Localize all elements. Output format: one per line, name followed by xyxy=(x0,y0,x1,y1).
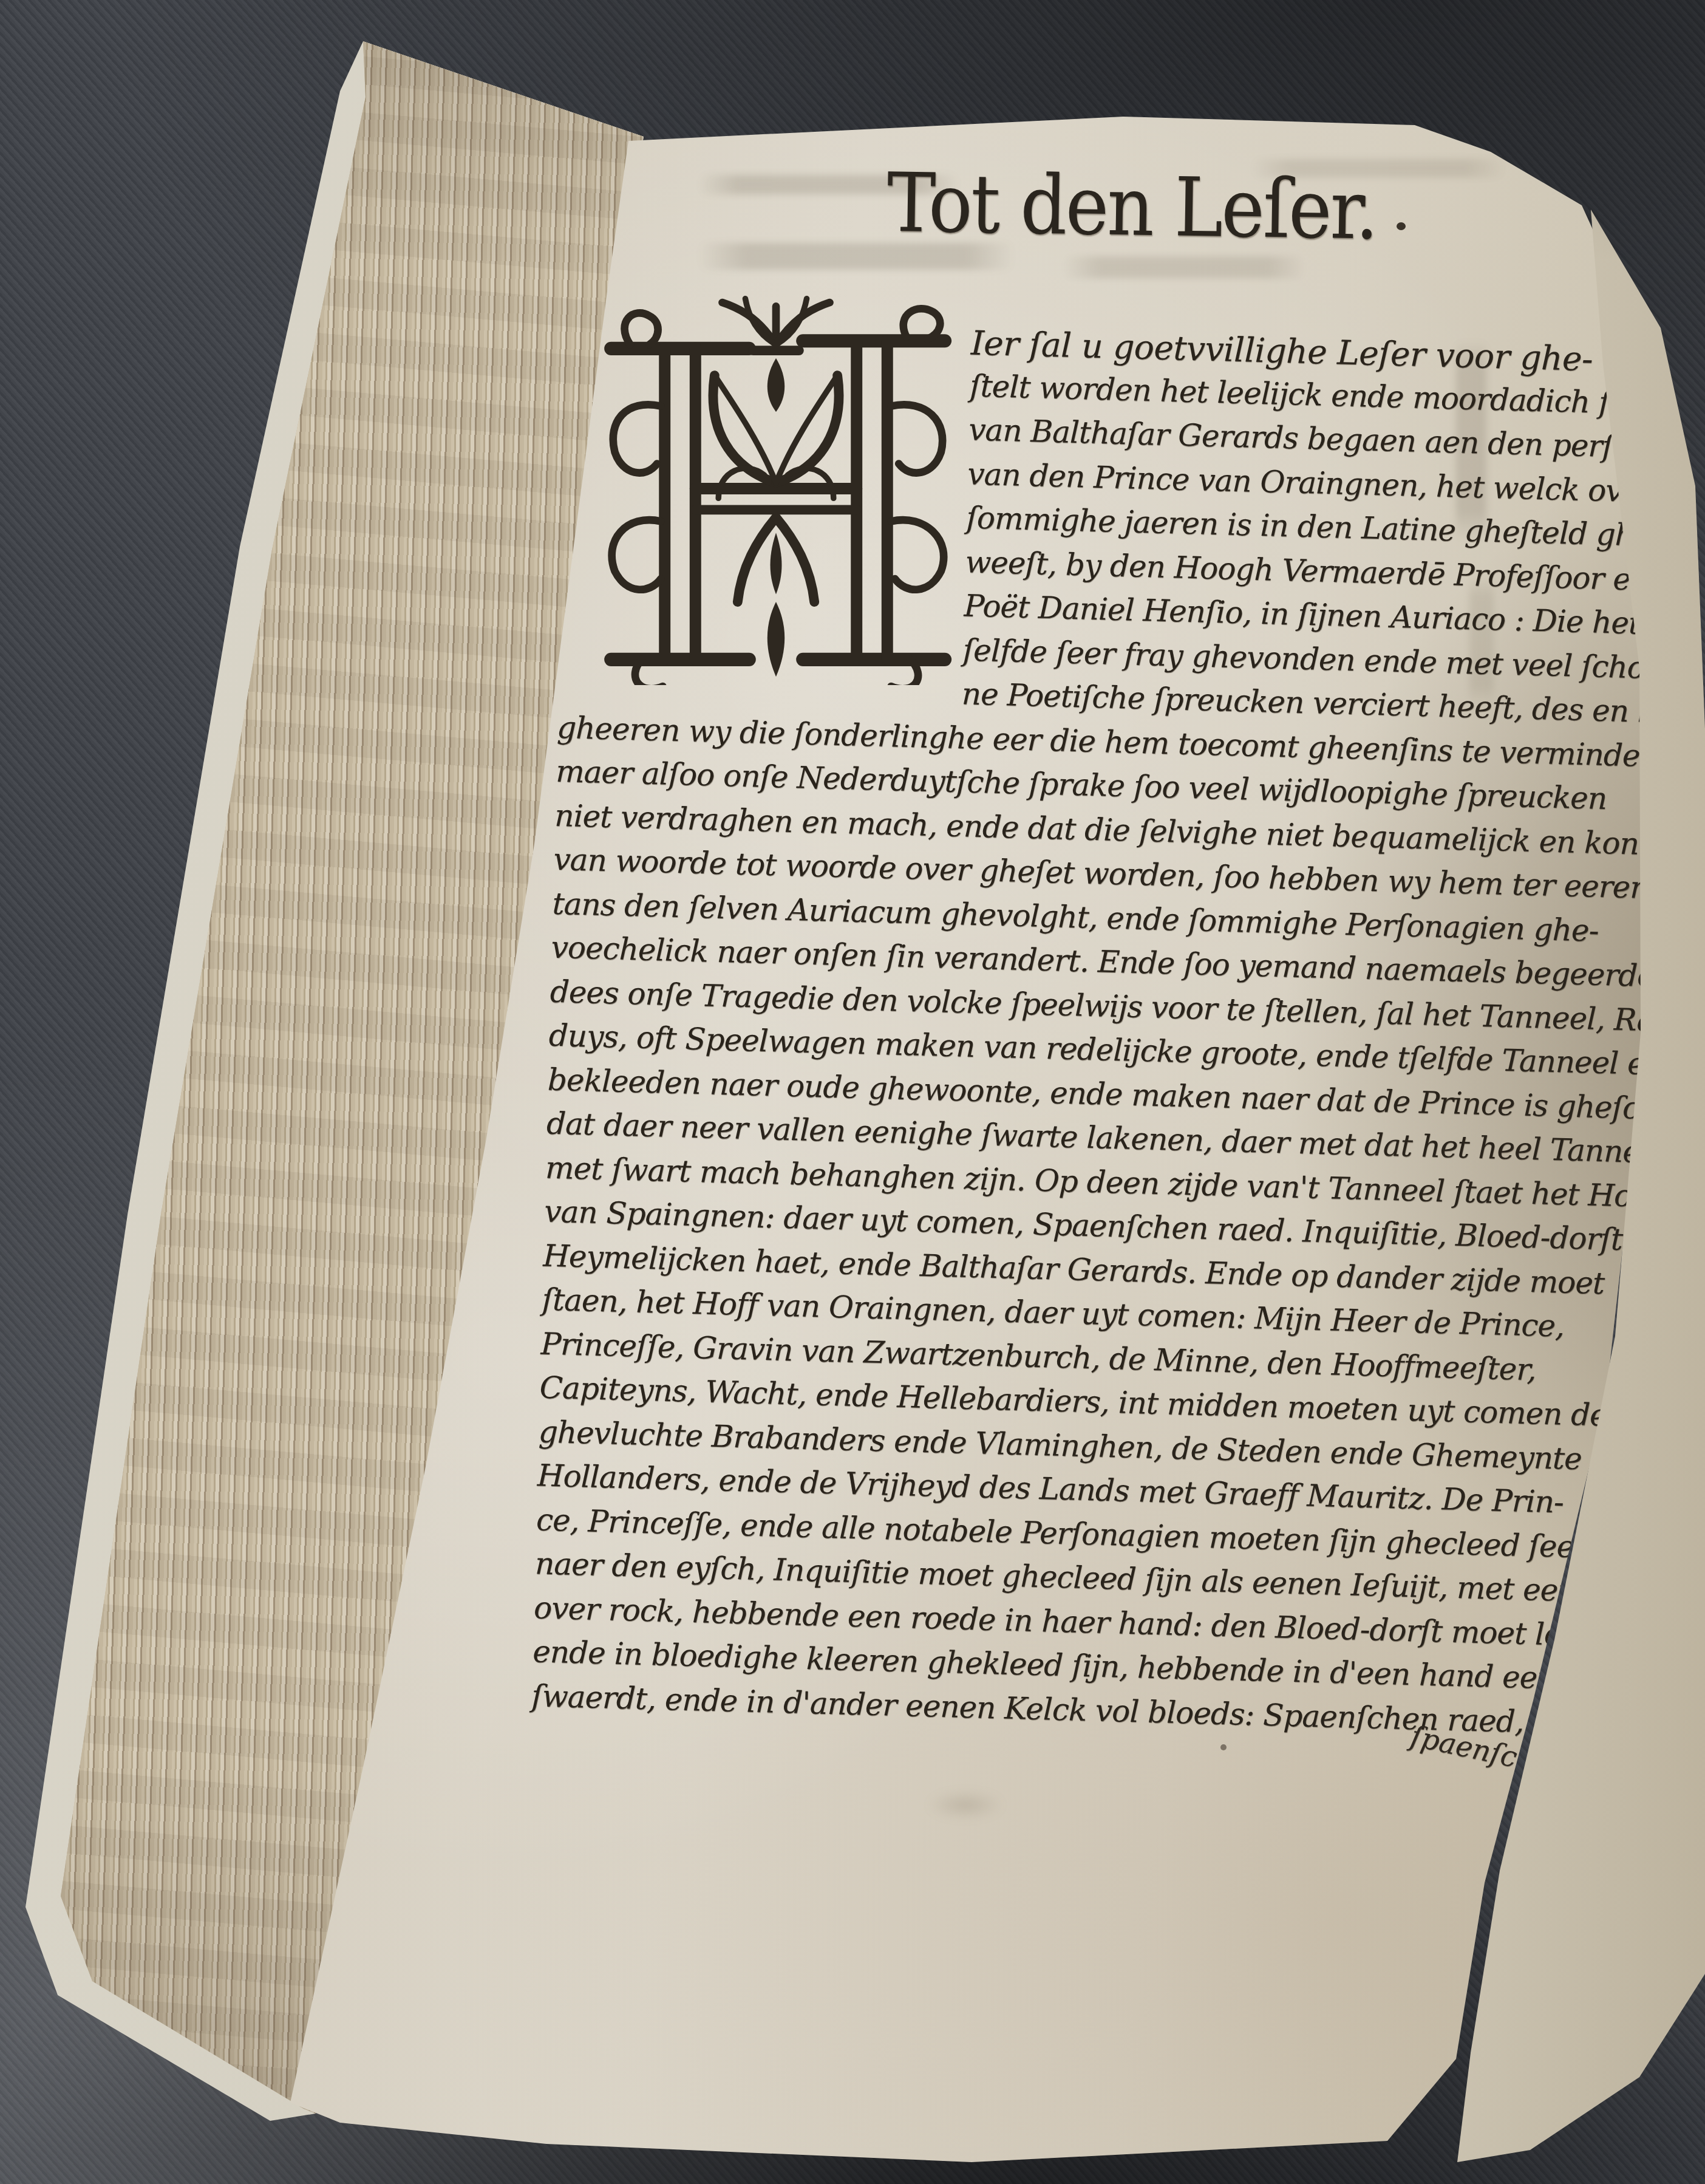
text-line: ne Poetiſche ſpreucken verciert heeft, d… xyxy=(961,678,1684,728)
text-line: weeſt, by den Hoogh Vermaerdē Profeſſoor… xyxy=(965,547,1686,596)
ink-speck xyxy=(1220,1744,1227,1750)
ink-speck xyxy=(1397,222,1406,230)
show-through-smudge xyxy=(1063,256,1305,278)
text-line: van Balthaſar Gerards begaen aen den per… xyxy=(968,414,1667,463)
text-line: ſelfde ſeer fray ghevonden ende met veel… xyxy=(962,635,1672,684)
ink-speck xyxy=(225,159,246,174)
text-line: ſommighe jaeren is in den Latine gheſtel… xyxy=(966,502,1661,551)
photo-scene: Tot den Leſer. H xyxy=(0,0,1705,2184)
show-through-smudge xyxy=(1002,90,1305,108)
body-text-block: Ier ſal u goetvvillighe Leſer voor ghe- … xyxy=(529,316,1661,1814)
text-line: Poët Daniel Henſio, in ſijnen Auriaco : … xyxy=(964,590,1641,638)
text-line: Ier ſal u goetvvillighe Leſer voor ghe- xyxy=(970,326,1593,376)
page-title: Tot den Leſer. xyxy=(887,155,1378,258)
text-line: van den Prince van Oraingnen, het welck … xyxy=(967,459,1654,507)
